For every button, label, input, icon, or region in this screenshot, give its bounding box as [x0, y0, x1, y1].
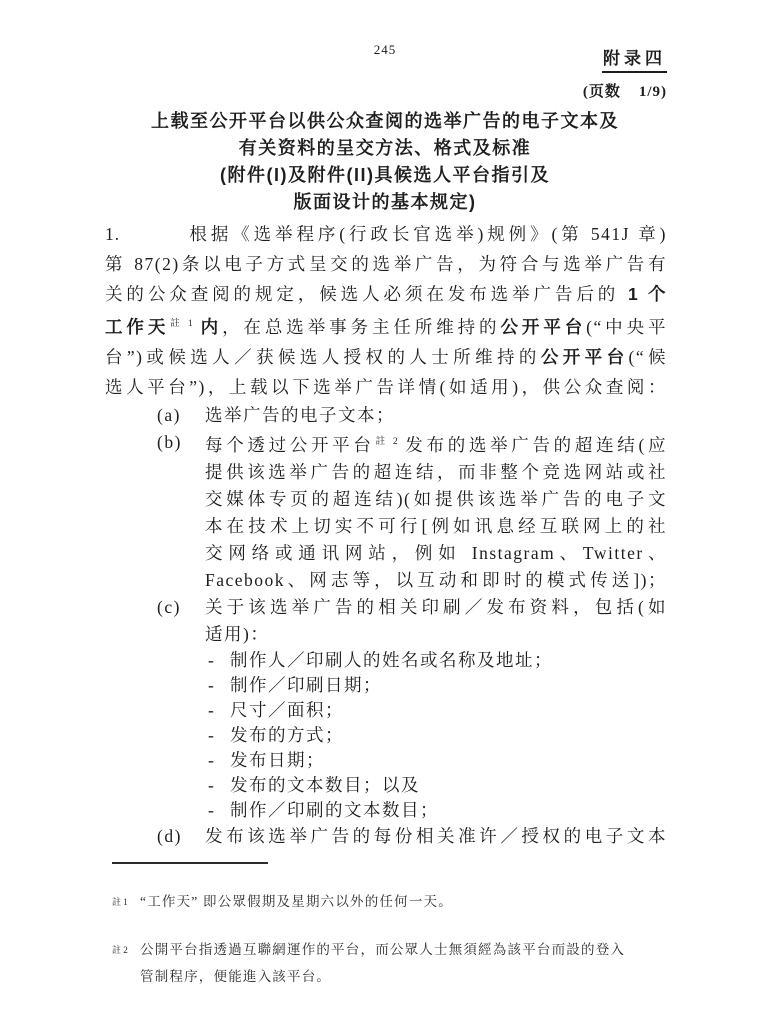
text-line: 有关资料的呈交方法、格式及标准 [0, 137, 770, 164]
sub-list-item: -发布日期； [205, 748, 667, 773]
document-page: { "page_number": "245", "header": { "app… [0, 0, 770, 1024]
list-marker-a: (a) [105, 402, 205, 429]
dash-marker: - [205, 648, 230, 673]
dash-marker: - [205, 798, 230, 823]
list-item-a-body: 选举广告的电子文本； [205, 402, 667, 429]
sub-list-item: -发布的方式； [205, 723, 667, 748]
list-marker-b: (b) [105, 429, 205, 456]
footnote-2-marker: 註 2 [105, 939, 140, 993]
text-line: 关于该选举广告的相关印刷／发布资料，包括(如 [205, 594, 667, 621]
sub-list-text: 制作／印刷日期； [230, 673, 382, 698]
appendix-label: 附录四 [602, 44, 667, 73]
list-item-b: (b) 每个透过公开平台註 2发布的选举广告的超连结(应提供该选举广告的超连结，… [105, 429, 667, 594]
footnote-2: 註 2 公開平台指透過互聯網運作的平台，而公眾人士無須經為該平台而設的登入管制程… [105, 939, 667, 993]
footnote-1-marker: 註 1 [105, 891, 140, 918]
text-line: 本在技术上切实不可行[例如讯息经互联网上的社 [205, 513, 667, 540]
page-count-label: (页数 1/9) [583, 80, 667, 101]
document-body: 1.根据《选举程序(行政长官选举)规例》(第 541J 章)第 87(2)条以电… [105, 219, 667, 993]
text-line: 版面设计的基本规定) [0, 191, 770, 218]
text-line: (附件(I)及附件(II)具候选人平台指引及 [0, 164, 770, 191]
footnote-2-text: 公開平台指透過互聯網運作的平台，而公眾人士無須經為該平台而設的登入管制程序，便能… [140, 939, 667, 993]
text-line: 关的公众查阅的规定，候选人必须在发布选举广告后的 1 个 [105, 279, 667, 309]
text-line: 第 87(2)条以电子方式呈交的选举广告，为符合与选举广告有 [105, 249, 667, 279]
sub-list-text: 制作人／印刷人的姓名或名称及地址； [230, 648, 553, 673]
footnote-ref: 註 1 [170, 319, 193, 329]
list-item-c-sublist: -制作人／印刷人的姓名或名称及地址；-制作／印刷日期；-尺寸／面积；-发布的方式… [205, 648, 667, 823]
text-line: 每个透过公开平台註 2发布的选举广告的超连结(应 [205, 429, 667, 459]
footnote-separator [112, 862, 268, 864]
text-line: 管制程序，便能進入該平台。 [140, 966, 667, 993]
text-line: 公開平台指透過互聯網運作的平台，而公眾人士無須經為該平台而設的登入 [140, 939, 667, 966]
list-item-d-body: 发布该选举广告的每份相关准许／授权的电子文本 [205, 823, 667, 850]
list-item-c: (c) 关于该选举广告的相关印刷／发布资料，包括(如适用)： -制作人／印刷人的… [105, 594, 667, 823]
text-line: 上载至公开平台以供公众查阅的选举广告的电子文本及 [0, 110, 770, 137]
list-item-d: (d) 发布该选举广告的每份相关准许／授权的电子文本 [105, 823, 667, 850]
text-line: 选举广告的电子文本； [205, 402, 667, 429]
list-marker-c: (c) [105, 594, 205, 621]
list-item-c-body: 关于该选举广告的相关印刷／发布资料，包括(如适用)： -制作人／印刷人的姓名或名… [205, 594, 667, 823]
sub-list-text: 发布日期； [230, 748, 325, 773]
dash-marker: - [205, 698, 230, 723]
text-line: “工作天” 即公眾假期及星期六以外的任何一天。 [140, 891, 667, 918]
sub-list-text: 发布的文本数目；以及 [230, 773, 420, 798]
sub-list-text: 制作／印刷的文本数目； [230, 798, 439, 823]
sub-list-text: 尺寸／面积； [230, 698, 344, 723]
sub-list-item: -发布的文本数目；以及 [205, 773, 667, 798]
text-line: 工作天註 1内，在总选举事务主任所维持的公开平台(“中央平 [105, 309, 667, 342]
sub-list-item: -制作人／印刷人的姓名或名称及地址； [205, 648, 667, 673]
sub-list-item: -尺寸／面积； [205, 698, 667, 723]
list-marker-d: (d) [105, 823, 205, 850]
dash-marker: - [205, 748, 230, 773]
dash-marker: - [205, 673, 230, 698]
sub-list-item: -制作／印刷的文本数目； [205, 798, 667, 823]
text-line: 交网络或通讯网站，例如 Instagram、Twitter、 [205, 540, 667, 567]
list-item-c-text: 关于该选举广告的相关印刷／发布资料，包括(如适用)： [205, 594, 667, 648]
footnote-ref: 註 2 [376, 437, 399, 447]
text-line: 交媒体专页的超连结)(如提供该选举广告的电子文 [205, 486, 667, 513]
text-line: 1.根据《选举程序(行政长官选举)规例》(第 541J 章) [105, 219, 667, 249]
item-list: (a) 选举广告的电子文本； (b) 每个透过公开平台註 2发布的选举广告的超连… [105, 402, 667, 850]
header-right: 附录四 (页数 1/9) [583, 44, 667, 101]
dash-marker: - [205, 723, 230, 748]
dash-marker: - [205, 773, 230, 798]
text-line: Facebook、网志等，以互动和即时的模式传送])； [205, 567, 667, 594]
sub-list-item: -制作／印刷日期； [205, 673, 667, 698]
text-line: 选人平台”)，上载以下选举广告详情(如适用)，供公众查阅： [105, 372, 667, 402]
text-line: 台”)或候选人／获候选人授权的人士所维持的公开平台(“候 [105, 342, 667, 372]
footnote-1-text: “工作天” 即公眾假期及星期六以外的任何一天。 [140, 891, 667, 918]
list-item-b-body: 每个透过公开平台註 2发布的选举广告的超连结(应提供该选举广告的超连结，而非整个… [205, 429, 667, 594]
sub-list-text: 发布的方式； [230, 723, 344, 748]
list-item-a: (a) 选举广告的电子文本； [105, 402, 667, 429]
paragraph-1: 1.根据《选举程序(行政长官选举)规例》(第 541J 章)第 87(2)条以电… [105, 219, 667, 402]
text-line: 发布该选举广告的每份相关准许／授权的电子文本 [205, 823, 667, 850]
footnote-1: 註 1 “工作天” 即公眾假期及星期六以外的任何一天。 [105, 891, 667, 918]
document-title: 上载至公开平台以供公众查阅的选举广告的电子文本及有关资料的呈交方法、格式及标准(… [0, 110, 770, 218]
text-line: 提供该选举广告的超连结，而非整个竞选网站或社 [205, 459, 667, 486]
text-line: 适用)： [205, 621, 667, 648]
